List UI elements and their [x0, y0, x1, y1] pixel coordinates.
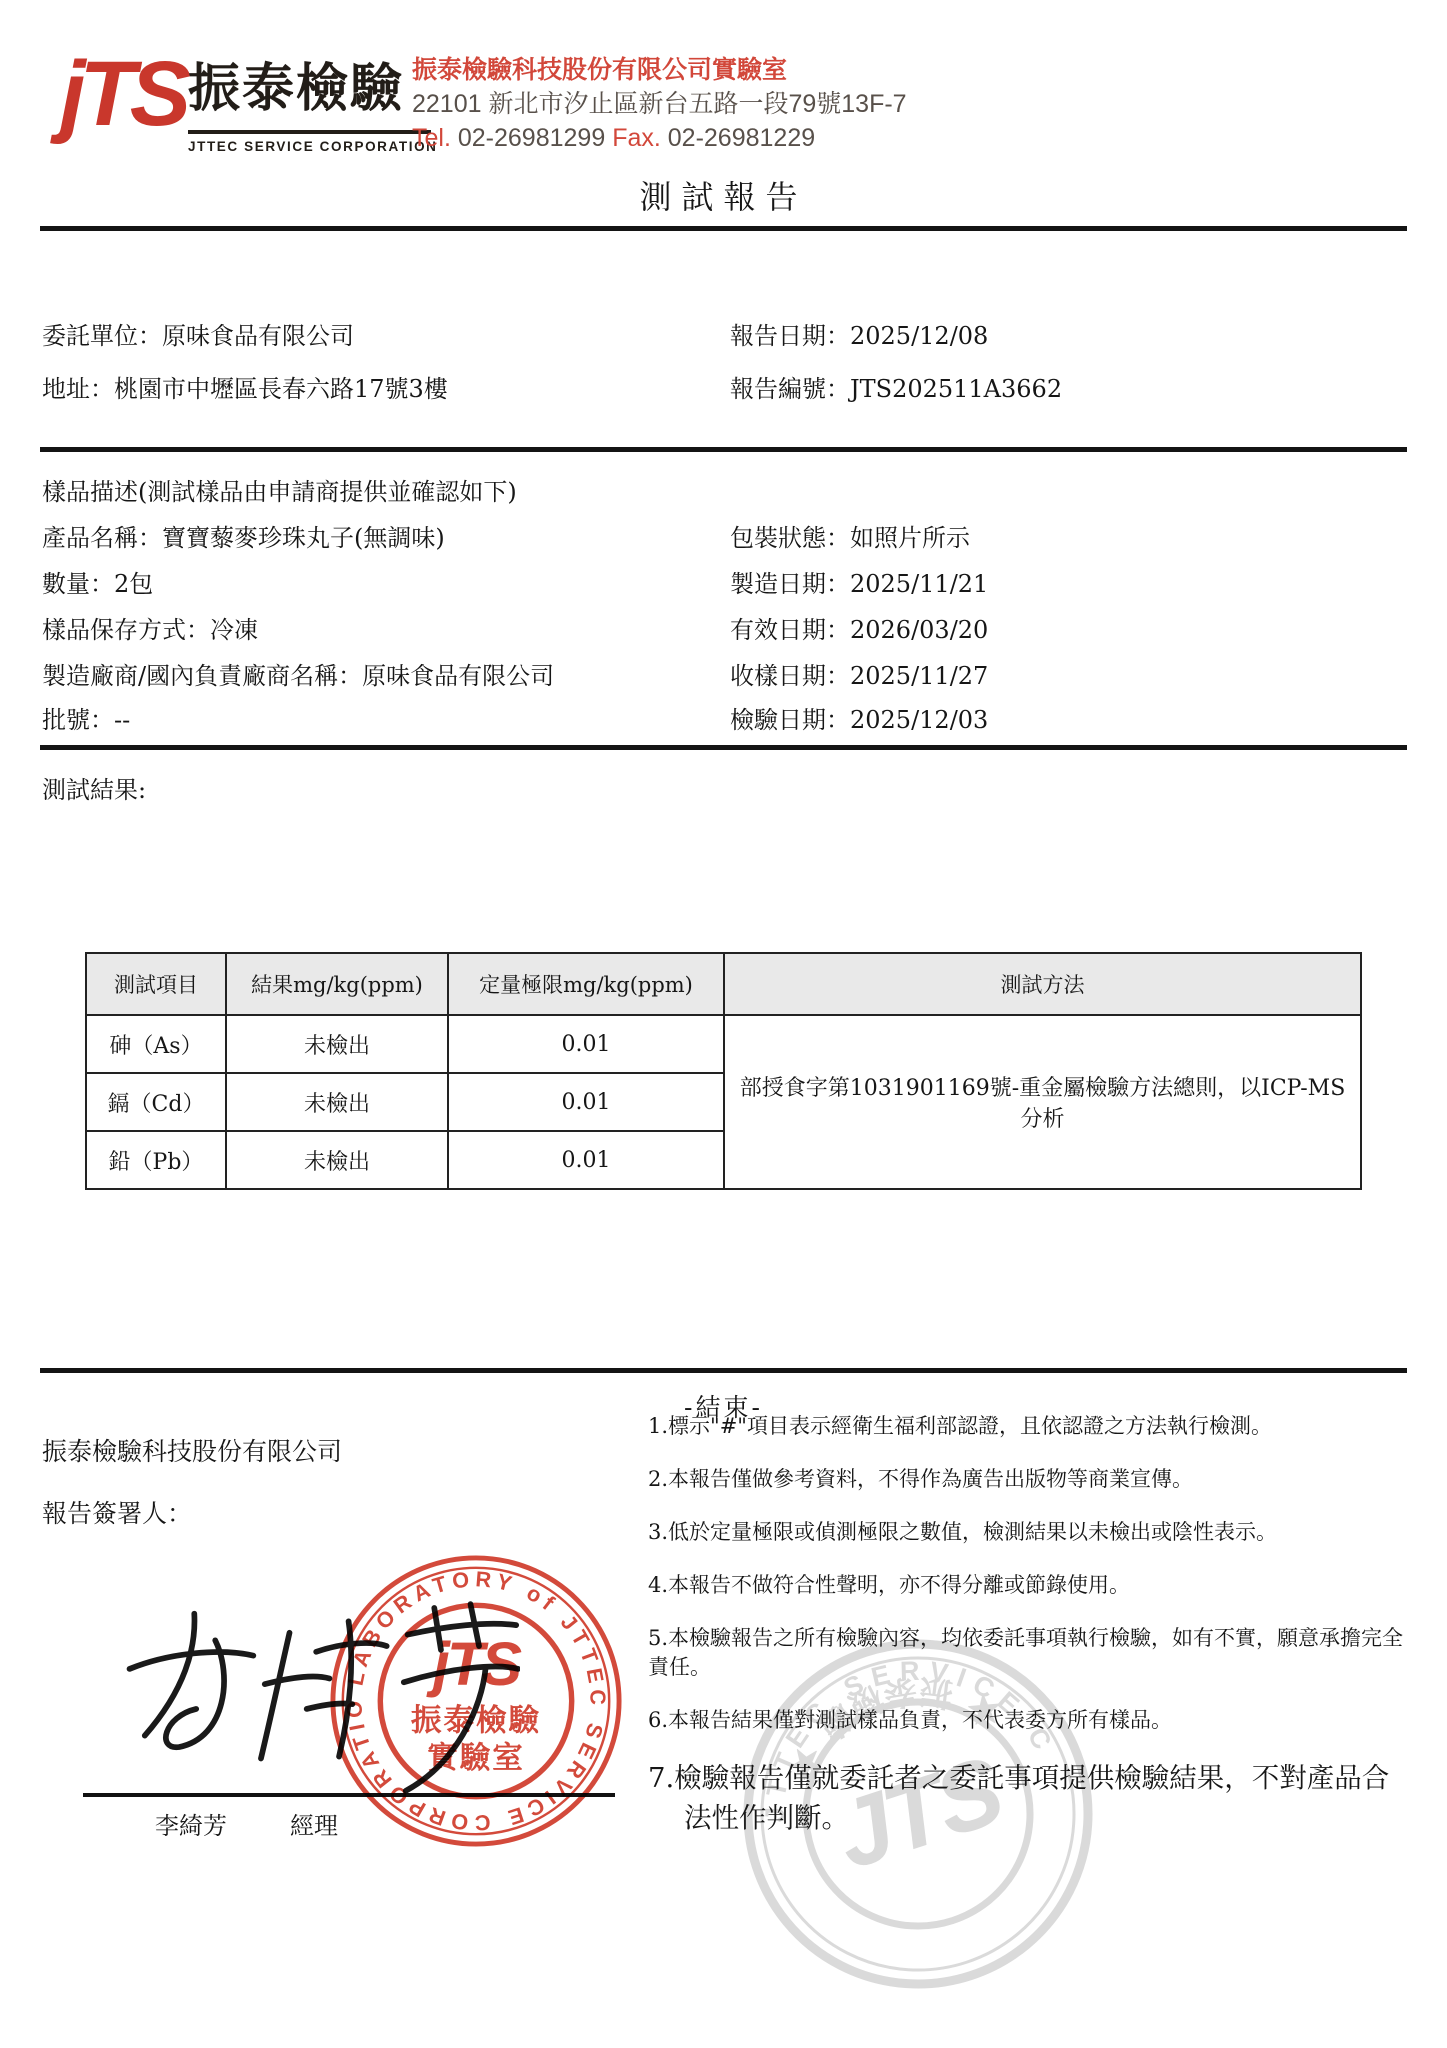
signer-label: 報告簽署人： — [42, 1494, 192, 1530]
note-2: 2.本報告僅做參考資料，不得作為廣告出版物等商業宣傳。 — [648, 1465, 1408, 1494]
results-table: 測試項目 結果mg/kg(ppm) 定量極限mg/kg(ppm) 測試方法 砷（… — [85, 952, 1362, 1190]
stamp-jts-mark: jTS — [426, 1630, 522, 1698]
sample-storage: 樣品保存方式：冷凍 — [42, 610, 258, 645]
sample-packaging: 包裝狀態：如照片所示 — [730, 518, 970, 553]
report-number: 報告編號：JTS202511A3662 — [730, 369, 1062, 404]
cell-result: 未檢出 — [226, 1015, 448, 1073]
lab-name: 振泰檢驗科技股份有限公司實驗室 — [412, 54, 1112, 88]
logo-underline — [188, 130, 431, 134]
fax-label: Fax. — [612, 124, 661, 152]
sample-mfg-date: 製造日期：2025/11/21 — [730, 564, 988, 599]
divider-top — [40, 226, 1407, 231]
col-header-method: 測試方法 — [724, 953, 1361, 1015]
table-header-row: 測試項目 結果mg/kg(ppm) 定量極限mg/kg(ppm) 測試方法 — [86, 953, 1361, 1015]
note-3: 3.低於定量極限或偵測極限之數值，檢測結果以未檢出或陰性表示。 — [648, 1518, 1408, 1547]
stamp-line2: 實驗室 — [427, 1740, 525, 1776]
divider-footer — [40, 1368, 1407, 1373]
logo-subtitle: JTTEC SERVICE CORPORATION — [188, 139, 438, 154]
col-header-result: 結果mg/kg(ppm) — [226, 953, 448, 1015]
cell-loq: 0.01 — [448, 1131, 724, 1189]
footer-notes: 1.標示"#"項目表示經衛生福利部認證，且依認證之方法執行檢測。 2.本報告僅做… — [648, 1412, 1408, 1863]
sample-product-name: 產品名稱：寶寶藜麥珍珠丸子(無調味) — [42, 518, 445, 553]
cell-item: 砷（As） — [86, 1015, 226, 1073]
cell-result: 未檢出 — [226, 1073, 448, 1131]
note-4: 4.本報告不做符合性聲明，亦不得分離或節錄使用。 — [648, 1571, 1408, 1600]
cell-loq: 0.01 — [448, 1073, 724, 1131]
cell-item: 鉛（Pb） — [86, 1131, 226, 1189]
sample-heading: 樣品描述(測試樣品由申請商提供並確認如下) — [42, 472, 517, 507]
note-7: 7.檢驗報告僅就委託者之委託事項提供檢驗結果，不對產品合法性作判斷。 — [648, 1759, 1408, 1839]
tel-label: Tel. — [412, 124, 451, 152]
header-contact-block: 振泰檢驗科技股份有限公司實驗室 22101 新北市汐止區新台五路一段79號13F… — [412, 54, 1112, 155]
note-5: 5.本檢驗報告之所有檢驗內容，均依委託事項執行檢驗，如有不實，願意承擔完全責任。 — [648, 1624, 1408, 1682]
lab-address: 22101 新北市汐止區新台五路一段79號13F-7 — [412, 88, 1112, 122]
footer-company-name: 振泰檢驗科技股份有限公司 — [42, 1432, 342, 1468]
cell-loq: 0.01 — [448, 1015, 724, 1073]
table-row: 砷（As） 未檢出 0.01 部授食字第1031901169號-重金屬檢驗方法總… — [86, 1015, 1361, 1073]
cell-result: 未檢出 — [226, 1131, 448, 1189]
lab-stamp-seal: LABORATORY of JTTEC SERVICE CORPORATION … — [328, 1553, 624, 1849]
report-date: 報告日期：2025/12/08 — [730, 316, 988, 351]
fax-number: 02-26981229 — [668, 124, 815, 152]
client-name: 委託單位：原味食品有限公司 — [42, 316, 354, 351]
sample-lot-number: 批號：-- — [42, 700, 130, 735]
logo-block: 振泰檢驗 JTTEC SERVICE CORPORATION — [188, 50, 438, 154]
divider-info — [40, 447, 1407, 452]
signer-name: 李綺芳 — [155, 1806, 227, 1841]
client-address: 地址：桃園市中壢區長春六路17號3樓 — [42, 369, 448, 404]
report-page: jTS 振泰檢驗 JTTEC SERVICE CORPORATION 振泰檢驗科… — [0, 0, 1447, 2048]
note-6: 6.本報告結果僅對測試樣品負責，不代表委方所有樣品。 — [648, 1706, 1408, 1735]
note-1: 1.標示"#"項目表示經衛生福利部認證，且依認證之方法執行檢測。 — [648, 1412, 1408, 1441]
sample-quantity: 數量：2包 — [42, 564, 153, 599]
sample-manufacturer: 製造廠商/國內負責廠商名稱：原味食品有限公司 — [42, 656, 554, 691]
divider-sample — [40, 745, 1407, 750]
stamp-line1: 振泰檢驗 — [411, 1703, 541, 1739]
tel-number: 02-26981299 — [458, 124, 605, 152]
results-heading: 測試結果: — [42, 770, 146, 805]
jts-logo-icon: jTS — [60, 42, 185, 147]
logo-name: 振泰檢驗 — [188, 50, 438, 128]
col-header-item: 測試項目 — [86, 953, 226, 1015]
sample-received-date: 收樣日期：2025/11/27 — [730, 656, 988, 691]
cell-item: 鎘（Cd） — [86, 1073, 226, 1131]
sample-test-date: 檢驗日期：2025/12/03 — [730, 700, 988, 735]
sample-expiry-date: 有效日期：2026/03/20 — [730, 610, 988, 645]
cell-method: 部授食字第1031901169號-重金屬檢驗方法總則，以ICP-MS分析 — [724, 1015, 1361, 1189]
col-header-loq: 定量極限mg/kg(ppm) — [448, 953, 724, 1015]
lab-telfax: Tel. 02-26981299 Fax. 02-26981229 — [412, 122, 1112, 156]
header: jTS 振泰檢驗 JTTEC SERVICE CORPORATION 振泰檢驗科… — [60, 48, 1390, 168]
page-title: 測試報告 — [0, 172, 1447, 218]
